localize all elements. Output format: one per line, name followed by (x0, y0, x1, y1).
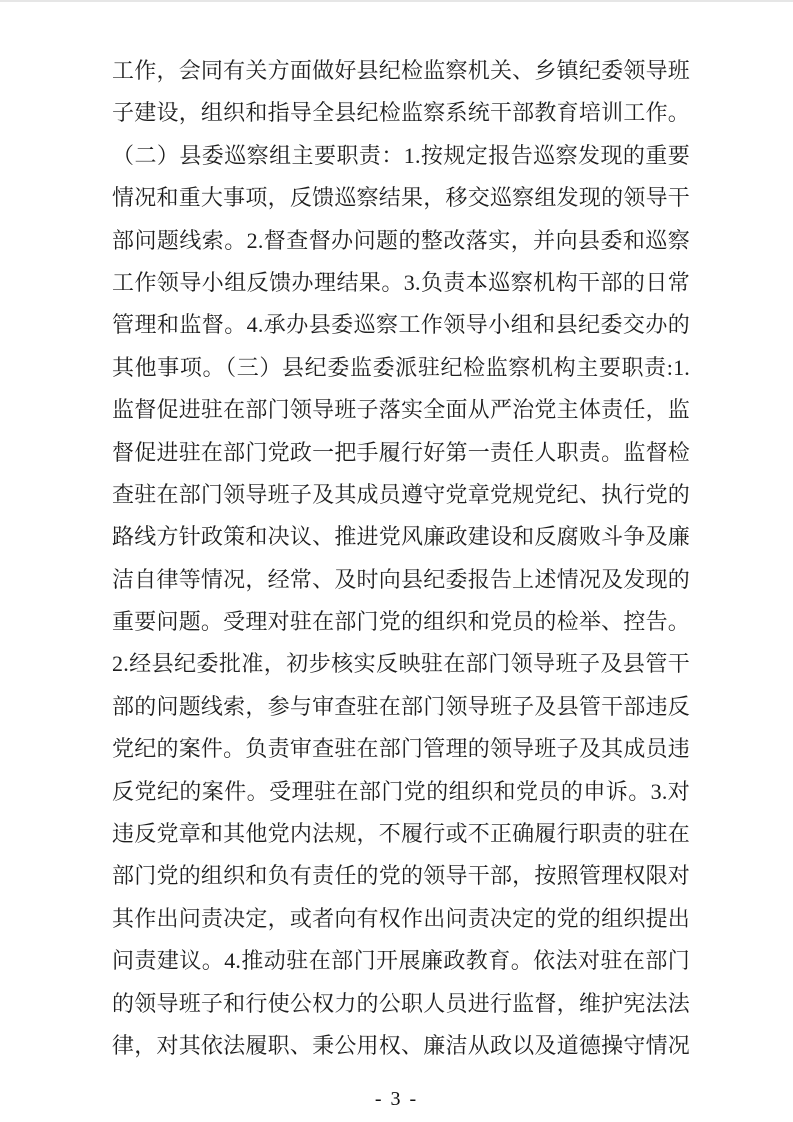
text-line: 工作领导小组反馈办理结果。3.负责本巡察机构干部的日常 (112, 262, 690, 304)
text-line: 的领导班子和行使公权力的公职人员进行监督，维护宪法法 (112, 983, 690, 1025)
text-line: 重要问题。受理对驻在部门党的组织和党员的检举、控告。 (112, 601, 690, 643)
page-number: - 3 - (0, 1088, 793, 1111)
text-line: 反党纪的案件。受理驻在部门党的组织和党员的申诉。3.对 (112, 771, 690, 813)
text-line: 其作出问责决定，或者向有权作出问责决定的党的组织提出 (112, 898, 690, 940)
text-line: 党纪的案件。负责审查驻在部门管理的领导班子及其成员违 (112, 728, 690, 770)
text-line: 部的问题线索，参与审查驻在部门领导班子及县管干部违反 (112, 686, 690, 728)
text-line: 工作，会同有关方面做好县纪检监察机关、乡镇纪委领导班 (112, 50, 690, 92)
text-line: 违反党章和其他党内法规，不履行或不正确履行职责的驻在 (112, 813, 690, 855)
text-line: 查驻在部门领导班子及其成员遵守党章党规党纪、执行党的 (112, 474, 690, 516)
text-line: 其他事项。（三）县纪委监委派驻纪检监察机构主要职责:1. (112, 347, 690, 389)
text-line: 管理和监督。4.承办县委巡察工作领导小组和县纪委交办的 (112, 304, 690, 346)
text-line: 路线方针政策和决议、推进党风廉政建设和反腐败斗争及廉 (112, 516, 690, 558)
text-line: 督促进驻在部门党政一把手履行好第一责任人职责。监督检 (112, 432, 690, 474)
document-page: 工作，会同有关方面做好县纪检监察机关、乡镇纪委领导班 子建设，组织和指导全县纪检… (0, 0, 793, 1122)
text-line: 2.经县纪委批准，初步核实反映驻在部门领导班子及县管干 (112, 643, 690, 685)
text-line: 部门党的组织和负有责任的党的领导干部，按照管理权限对 (112, 855, 690, 897)
text-line: 情况和重大事项，反馈巡察结果，移交巡察组发现的领导干 (112, 177, 690, 219)
text-line: 问责建议。4.推动驻在部门开展廉政教育。依法对驻在部门 (112, 940, 690, 982)
document-body: 工作，会同有关方面做好县纪检监察机关、乡镇纪委领导班 子建设，组织和指导全县纪检… (112, 50, 690, 1067)
text-line: 律，对其依法履职、秉公用权、廉洁从政以及道德操守情况 (112, 1025, 690, 1067)
text-line: （二）县委巡察组主要职责：1.按规定报告巡察发现的重要 (112, 135, 690, 177)
text-line: 部问题线索。2.督查督办问题的整改落实，并向县委和巡察 (112, 220, 690, 262)
text-line: 监督促进驻在部门领导班子落实全面从严治党主体责任，监 (112, 389, 690, 431)
text-line: 子建设，组织和指导全县纪检监察系统干部教育培训工作。 (112, 92, 690, 134)
text-line: 洁自律等情况，经常、及时向县纪委报告上述情况及发现的 (112, 559, 690, 601)
